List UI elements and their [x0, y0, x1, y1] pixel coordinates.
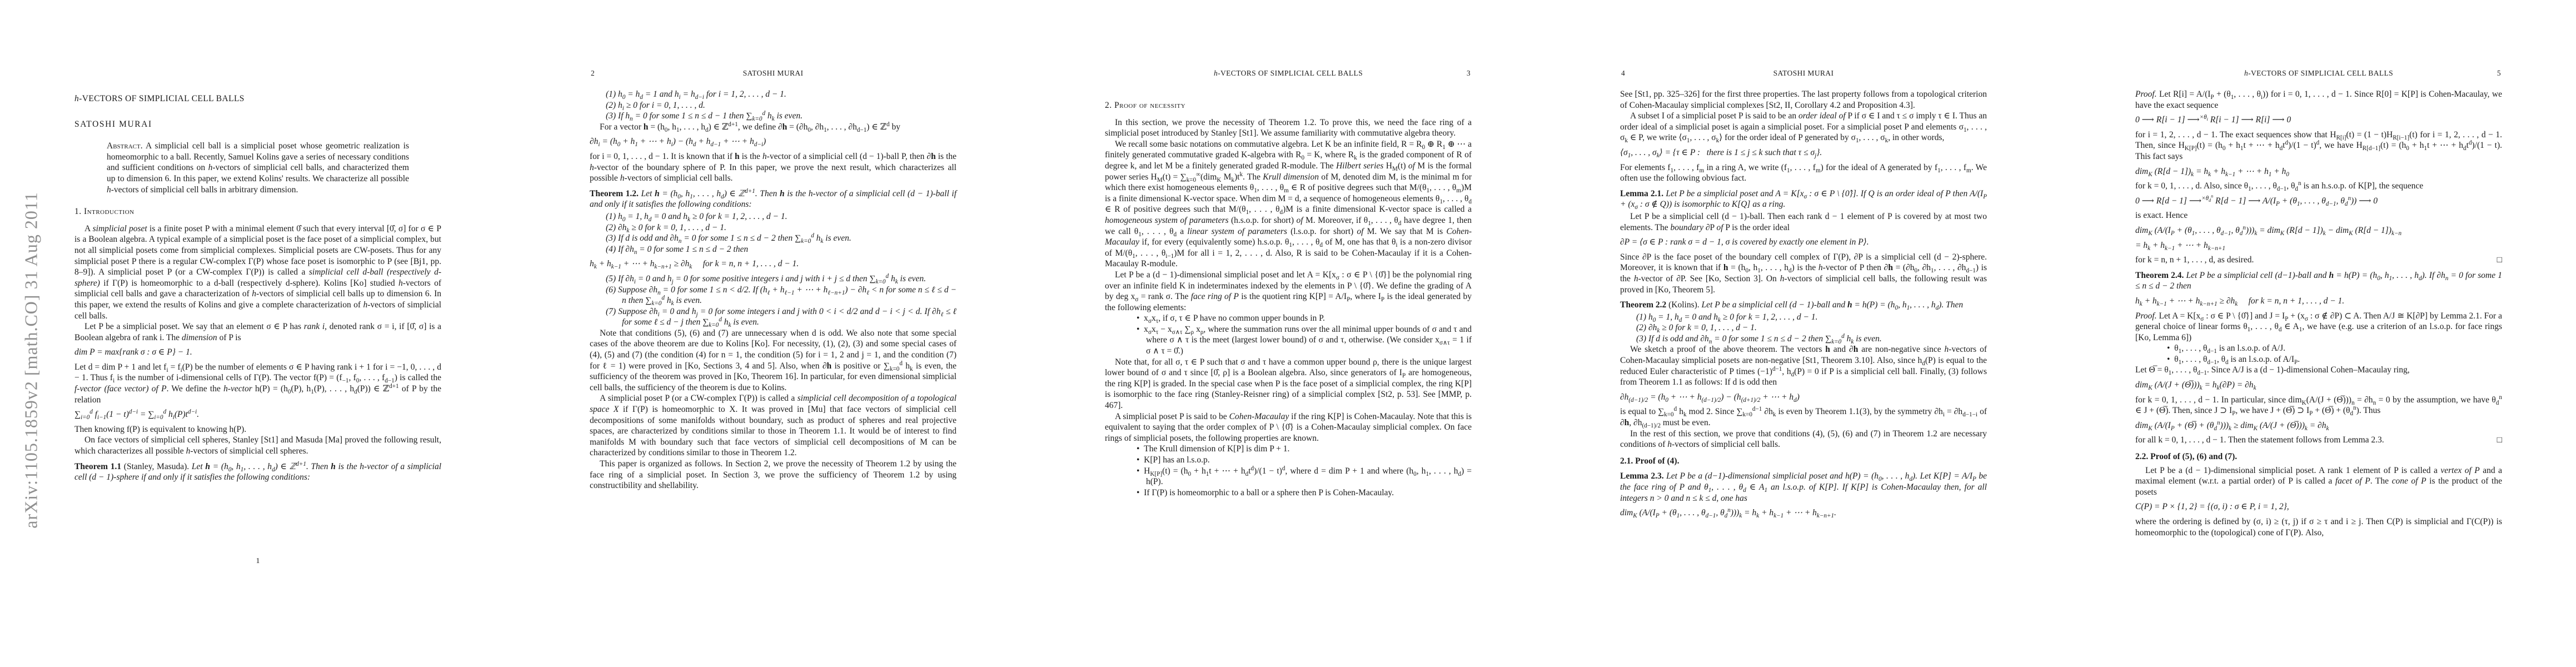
- abstract-label: Abstract.: [107, 141, 143, 151]
- display-math: ∑i=0d fi−1(1 − t)d−i = ∑i=0d hi(P)td−i.: [74, 409, 441, 420]
- page-3: h-VECTORS OF SIMPLICIAL CELL BALLS 3 2. …: [1030, 0, 1546, 667]
- paragraph: We recall some basic notations on commut…: [1105, 139, 1472, 270]
- paragraph: A simplicial poset P is said to be Cohen…: [1105, 411, 1472, 444]
- theorem-label: Theorem 2.4.: [2135, 271, 2184, 280]
- paragraph: This paper is organized as follows. In S…: [590, 459, 956, 491]
- display-math: dim P = max{rank σ : σ ∈ P} − 1.: [74, 347, 441, 358]
- page-1: arXiv:1105.1859v2 [math.CO] 31 Aug 2011 …: [0, 0, 515, 667]
- bullet-item: • xσxτ, if σ, τ ∈ P have no common upper…: [1105, 313, 1472, 324]
- paragraph: A subset I of a simplicial poset P is sa…: [1620, 111, 1987, 143]
- theorem: Theorem 1.1 (Stanley, Masuda). Let h = (…: [74, 461, 441, 483]
- page-5: h-VECTORS OF SIMPLICIAL CELL BALLS 5 Pro…: [2061, 0, 2576, 667]
- subsection-heading: 2.1. Proof of (4).: [1620, 456, 1987, 467]
- bullet-item: • θ1, . . . , θd−1 is an l.s.o.p. of A/J…: [2135, 343, 2502, 354]
- theorem: Lemma 2.3. Let P be a (d−1)-dimensional …: [1620, 471, 1987, 504]
- arxiv-stamp: arXiv:1105.1859v2 [math.CO] 31 Aug 2011: [21, 192, 42, 528]
- paragraph: is exact. Hence: [2135, 210, 2502, 221]
- paragraph: Since ∂P is the face poset of the bounda…: [1620, 252, 1987, 295]
- page-body: 2. Proof of necessityIn this section, we…: [1105, 89, 1472, 498]
- page-body: (1) h0 = hd = 1 and hi = hd−i for i = 1,…: [590, 89, 956, 491]
- display-math: hk + hk−1 + ⋯ + hk−n+1 ≥ ∂hk for k = n, …: [590, 258, 956, 270]
- paragraph: Note that conditions (5), (6) and (7) ar…: [590, 328, 956, 394]
- page-body: h-VECTORS OF SIMPLICIAL CELL BALLSSATOSH…: [74, 93, 441, 484]
- display-math: C(P) = P × {1, 2} = {(σ, i) : σ ∈ P, i =…: [2135, 501, 2502, 512]
- list-item: (7) Suppose ∂hi = 0 and hj = 0 for some …: [590, 306, 956, 328]
- paragraph: Note that, for all σ, τ ∈ P such that σ …: [1105, 357, 1472, 411]
- paragraph: In the rest of this section, we prove th…: [1620, 429, 1987, 450]
- running-head-page-number: 4: [1621, 69, 1625, 78]
- display-math: dimK (A/(IP + (θ1, . . . , θd−1, θdn)))k…: [1620, 507, 1987, 519]
- theorem: Theorem 2.2 (Kolins). Let P be a simplic…: [1620, 300, 1987, 311]
- running-head-title: SATOSHI MURAI: [590, 69, 956, 78]
- theorem: Theorem 2.4. Let P be a simplicial cell …: [2135, 270, 2502, 292]
- display-math: dimK (A/(IP + (Θ̅) + (θdn)))k ≥ dimK (A/…: [2135, 420, 2502, 431]
- paragraph: Then knowing f(P) is equivalent to knowi…: [74, 424, 441, 435]
- paragraph: See [St1, pp. 325–326] for the first thr…: [1620, 89, 1987, 111]
- bullet-item: • HK[P](t) = (h0 + h1t + ⋯ + hdtd)/(1 − …: [1105, 466, 1472, 487]
- bullet-item: • K[P] has an l.s.o.p.: [1105, 455, 1472, 466]
- list-item: (1) h0 = hd = 1 and hi = hd−i for i = 1,…: [590, 89, 956, 100]
- display-math: 0 ⟶ R[d − 1] ⟶×θdn R[d − 1] ⟶ A/(IP + (θ…: [2135, 196, 2502, 207]
- list-item: (2) hi ≥ 0 for i = 0, 1, . . . , d.: [590, 100, 956, 111]
- document-canvas: { "arxiv_label": "arXiv:1105.1859v2 [mat…: [0, 0, 2576, 667]
- section-heading: 1. Introduction: [74, 206, 441, 217]
- paragraph: Let P be a simplicial poset. We say that…: [74, 321, 441, 343]
- theorem-label: Theorem 2.2 (Kolins).: [1620, 300, 1700, 310]
- page-2: 2 SATOSHI MURAI (1) h0 = hd = 1 and hi =…: [515, 0, 1030, 667]
- running-head: h-VECTORS OF SIMPLICIAL CELL BALLS 3: [1105, 69, 1472, 79]
- list-item: (6) Suppose ∂hn = 0 for some 1 ≤ n < d/2…: [590, 285, 956, 306]
- running-head-title: SATOSHI MURAI: [1620, 69, 1987, 78]
- list-item: (2) ∂hk ≥ 0 for k = 0, 1, . . . , d − 1.: [1620, 322, 1987, 333]
- qed-box: □: [2497, 435, 2502, 446]
- paragraph: for i = 1, 2, . . . , d − 1. The exact s…: [2135, 130, 2502, 162]
- page-body: See [St1, pp. 325–326] for the first thr…: [1620, 89, 1987, 522]
- subsection-heading: 2.2. Proof of (5), (6) and (7).: [2135, 451, 2502, 462]
- list-item: (1) h0 = 1, hd = 0 and hk ≥ 0 for k = 1,…: [590, 211, 956, 222]
- paragraph: for k = n, n + 1, . . . , d, as desired.…: [2135, 255, 2502, 266]
- paragraph: Proof. Let A = K[xσ : σ ∈ P \ {0̂}] and …: [2135, 311, 2502, 344]
- paragraph: We sketch a proof of the above theorem. …: [1620, 344, 1987, 387]
- paragraph: In this section, we prove the necessity …: [1105, 117, 1472, 139]
- section-heading: 2. Proof of necessity: [1105, 100, 1472, 111]
- running-head: 4 SATOSHI MURAI: [1620, 69, 1987, 79]
- bullet-item: • xσxτ − xσ∧τ ∑ρ xρ, where the summation…: [1105, 324, 1472, 357]
- bullet-item: • θ1, . . . , θd−1, θd is an l.s.o.p. of…: [2135, 354, 2502, 365]
- running-head: 2 SATOSHI MURAI: [590, 69, 956, 79]
- display-math: ∂hi = (h0 + h1 + ⋯ + hi) − (hd + hd−1 + …: [590, 136, 956, 147]
- list-item: (3) If d is odd and ∂hn = 0 for some 1 ≤…: [1620, 333, 1987, 345]
- paragraph: for k = 0, 1, . . . , d. Also, since θ1,…: [2135, 181, 2502, 192]
- paragraph: For elements f1, . . . , fm in a ring A,…: [1620, 162, 1987, 184]
- theorem-label: Lemma 2.3.: [1620, 471, 1664, 481]
- theorem-label: Theorem 1.1 (Stanley, Masuda).: [74, 462, 189, 471]
- paragraph: Let P be a (d − 1)-dimensional simplicia…: [2135, 465, 2502, 498]
- list-item: (1) h0 = 1, hd = 0 and hk ≥ 0 for k = 1,…: [1620, 312, 1987, 323]
- display-math: ∂P = ⟨σ ∈ P : rank σ = d − 1, σ is cover…: [1620, 237, 1987, 248]
- page-4: 4 SATOSHI MURAI See [St1, pp. 325–326] f…: [1546, 0, 2061, 667]
- theorem-label: Theorem 1.2.: [590, 189, 639, 198]
- page-body: Proof. Let R[i] = A/(IP + (θ1, . . . , θ…: [2135, 89, 2502, 538]
- display-math: = hk + hk−1 + ⋯ + hk−n+1: [2135, 240, 2502, 251]
- display-math: dimK (R[d − 1])k = hk + hk−1 + ⋯ + h1 + …: [2135, 166, 2502, 177]
- paragraph: Let P be a (d − 1)-dimensional simplicia…: [1105, 270, 1472, 313]
- qed-box: □: [2497, 255, 2502, 266]
- theorem: Theorem 1.2. Let h = (h0, h1, . . . , hd…: [590, 188, 956, 210]
- list-item: (3) If hn = 0 for some 1 ≤ n ≤ d − 1 the…: [590, 111, 956, 122]
- running-head-page-number: 2: [591, 69, 595, 78]
- paragraph: for i = 0, 1, . . . , d − 1. It is known…: [590, 151, 956, 184]
- display-math: ⟨σ1, . . . , σk⟩ = {τ ∈ P : there is 1 ≤…: [1620, 147, 1987, 158]
- paragraph: for all k = 0, 1, . . . , d − 1. Then th…: [2135, 435, 2502, 446]
- paragraph: A simplicial poset P (or a CW-complex Γ(…: [590, 393, 956, 459]
- page-title: h-VECTORS OF SIMPLICIAL CELL BALLS: [74, 93, 441, 104]
- list-item: (4) If ∂hn = 0 for some 1 ≤ n ≤ d − 2 th…: [590, 244, 956, 255]
- paragraph: Proof. Let R[i] = A/(IP + (θ1, . . . , θ…: [2135, 89, 2502, 111]
- footer-page-number: 1: [74, 557, 441, 566]
- list-item: (2) ∂hk ≥ 0 for k = 0, 1, . . . , d − 1.: [590, 222, 956, 233]
- author: SATOSHI MURAI: [74, 119, 441, 130]
- display-math: dimK (A/(J + (Θ̅)))k = hk(∂P) = ∂hk: [2135, 380, 2502, 391]
- paragraph: Let Θ̅ = θ1, . . . , θd−1. Since A/J is …: [2135, 365, 2502, 376]
- display-math: 0 ⟶ R[i − 1] ⟶×θi R[i − 1] ⟶ R[i] ⟶ 0: [2135, 115, 2502, 126]
- abstract: Abstract. A simplicial cell ball is a si…: [107, 141, 409, 195]
- theorem-label: Lemma 2.1.: [1620, 189, 1663, 198]
- paragraph: Let P be a simplicial cell (d − 1)-ball.…: [1620, 211, 1987, 233]
- running-head-page-number: 5: [2497, 69, 2501, 78]
- paragraph: Let d = dim P + 1 and let fi = fi(P) be …: [74, 362, 441, 405]
- display-math: ∂h(d−1)/2 = (h0 + ⋯ + h(d−1)/2) − (h(d+1…: [1620, 392, 1987, 403]
- paragraph: For a vector h = (h0, h1, . . . , hd) ∈ …: [590, 122, 956, 133]
- display-math: dimK (A/(IP + (θ1, . . . , θd−1, θdn)))k…: [2135, 225, 2502, 236]
- list-item: (5) If ∂hi = 0 and hj = 0 for some posit…: [590, 273, 956, 285]
- paragraph: A simplicial poset is a finite poset P w…: [74, 223, 441, 321]
- display-math: hk + hk−1 + ⋯ + hk−n+1 ≥ ∂hk for k = n, …: [2135, 296, 2502, 307]
- paragraph: where the ordering is defined by (σ, i) …: [2135, 516, 2502, 538]
- paragraph: is equal to ∑k=0d hk mod 2. Since ∑k=0d−…: [1620, 406, 1987, 428]
- running-head: h-VECTORS OF SIMPLICIAL CELL BALLS 5: [2135, 69, 2502, 79]
- bullet-item: • The Krull dimension of K[P] is dim P +…: [1105, 444, 1472, 455]
- running-head-title: h-VECTORS OF SIMPLICIAL CELL BALLS: [1105, 69, 1472, 78]
- paragraph: for k = 0, 1, . . . , d − 1. In particul…: [2135, 395, 2502, 416]
- list-item: (3) If d is odd and ∂hn = 0 for some 1 ≤…: [590, 233, 956, 244]
- running-head-title: h-VECTORS OF SIMPLICIAL CELL BALLS: [2135, 69, 2502, 78]
- theorem: Lemma 2.1. Let P be a simplicial poset a…: [1620, 188, 1987, 210]
- paragraph: On face vectors of simplicial cell spher…: [74, 435, 441, 456]
- running-head-page-number: 3: [1467, 69, 1471, 78]
- bullet-item: • If Γ(P) is homeomorphic to a ball or a…: [1105, 487, 1472, 499]
